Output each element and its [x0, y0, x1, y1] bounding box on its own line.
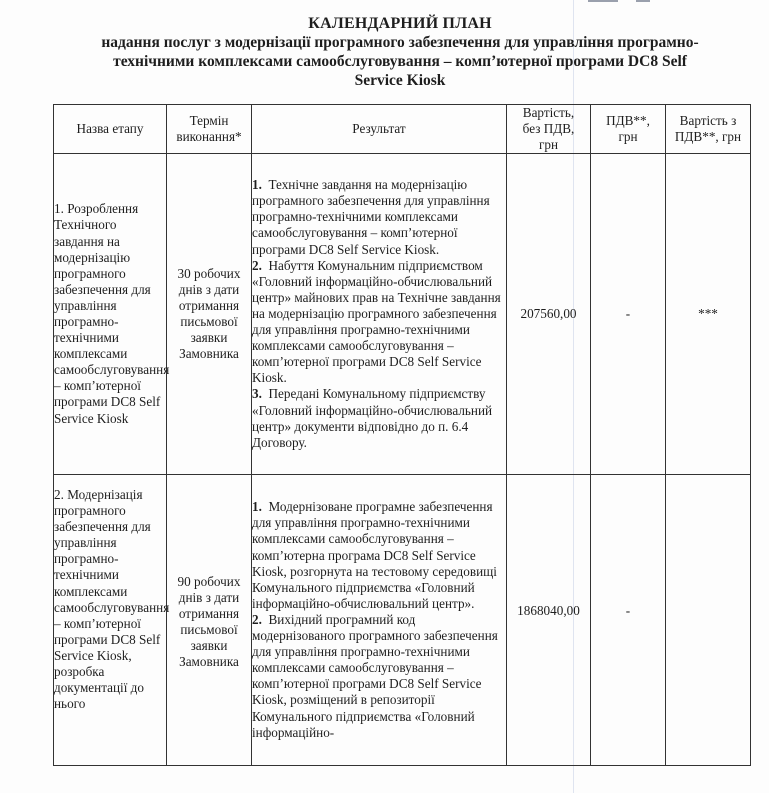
result-item: 1. Модернізоване програмне забезпечення … [252, 499, 506, 612]
document-title: КАЛЕНДАРНИЙ ПЛАН [40, 14, 760, 33]
cost-with-vat-cell: *** [666, 154, 751, 475]
header-result: Результат [252, 105, 507, 154]
stage-cell: 1. Розроблення Технічного завдання на мо… [54, 154, 167, 475]
term-cell: 90 робочих днів з дати отримання письмов… [167, 475, 252, 766]
result-item: 2. Набуття Комунальним підприємством «Го… [252, 258, 506, 387]
table-row: 1. Розроблення Технічного завдання на мо… [54, 154, 751, 475]
cost-no-vat-cell: 207560,00 [507, 154, 591, 475]
result-item: 2. Вихідний програмний код модернізовано… [252, 612, 506, 741]
table-header-row: Назва етапу Термін виконання* Результат … [54, 105, 751, 154]
scan-artifact-mark [636, 0, 650, 2]
cost-with-vat-cell [666, 475, 751, 766]
document-header: КАЛЕНДАРНИЙ ПЛАН надання послуг з модерн… [40, 14, 760, 90]
vat-cell: - [591, 154, 666, 475]
term-cell: 30 робочих днів з дати отримання письмов… [167, 154, 252, 475]
table-row: 2. Модернізація програмного забезпечення… [54, 475, 751, 766]
result-cell: 1. Технічне завдання на модернізацію про… [252, 154, 507, 475]
header-cost-no-vat: Вартість, без ПДВ, грн [507, 105, 591, 154]
result-item: 1. Технічне завдання на модернізацію про… [252, 177, 506, 257]
header-term: Термін виконання* [167, 105, 252, 154]
cost-no-vat-cell: 1868040,00 [507, 475, 591, 766]
stage-cell: 2. Модернізація програмного забезпечення… [54, 475, 167, 766]
document-subtitle: надання послуг з модернізації програмног… [40, 33, 760, 90]
header-stage: Назва етапу [54, 105, 167, 154]
calendar-plan-table: Назва етапу Термін виконання* Результат … [53, 104, 751, 766]
result-item: 3. Передані Комунальному підприємству «Г… [252, 386, 506, 450]
scan-artifact-mark [588, 0, 618, 2]
header-cost-with-vat: Вартість з ПДВ**, грн [666, 105, 751, 154]
result-cell: 1. Модернізоване програмне забезпечення … [252, 475, 507, 766]
vat-cell: - [591, 475, 666, 766]
header-vat: ПДВ**, грн [591, 105, 666, 154]
